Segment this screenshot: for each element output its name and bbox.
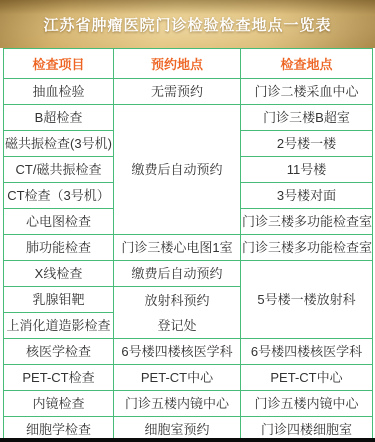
cell-location: 6号楼四楼核医学科 — [241, 339, 373, 365]
cell-location: 2号楼一楼 — [241, 131, 373, 157]
cell-item: 内镜检查 — [4, 391, 114, 417]
cell-item: 上消化道造影检查 — [4, 313, 114, 339]
cell-location: 门诊五楼内镜中心 — [241, 391, 373, 417]
cell-item: B超检查 — [4, 105, 114, 131]
column-header-item: 检查项目 — [4, 49, 114, 79]
cell-booking: 缴费后自动预约 — [114, 261, 241, 287]
cell-booking: 无需预约 — [114, 79, 241, 105]
cell-item: 核医学检查 — [4, 339, 114, 365]
table-header-row: 检查项目 预约地点 检查地点 — [4, 49, 373, 79]
cell-item: CT/磁共振检查 — [4, 157, 114, 183]
cell-booking: 门诊三楼心电图1室 — [114, 235, 241, 261]
table-row: PET-CT检查 PET-CT中心 PET-CT中心 — [4, 365, 373, 391]
cell-location: 门诊二楼采血中心 — [241, 79, 373, 105]
cell-booking-merged: 缴费后自动预约 — [114, 105, 241, 235]
booking-line-2: 登记处 — [115, 313, 239, 338]
cell-location: 门诊三楼多功能检查室 — [241, 235, 373, 261]
cell-item: X线检查 — [4, 261, 114, 287]
cell-item: 磁共振检查(3号机) — [4, 131, 114, 157]
cell-booking-merged: 放射科预约 登记处 — [114, 287, 241, 339]
column-header-booking: 预约地点 — [114, 49, 241, 79]
cell-location: PET-CT中心 — [241, 365, 373, 391]
cell-location: 11号楼 — [241, 157, 373, 183]
cell-item: 心电图检查 — [4, 209, 114, 235]
table-row: B超检查 缴费后自动预约 门诊三楼B超室 — [4, 105, 373, 131]
cell-location: 门诊三楼B超室 — [241, 105, 373, 131]
cell-item: PET-CT检查 — [4, 365, 114, 391]
cell-location: 3号楼对面 — [241, 183, 373, 209]
cell-item: 抽血检验 — [4, 79, 114, 105]
cell-booking: PET-CT中心 — [114, 365, 241, 391]
cell-item: 肺功能检查 — [4, 235, 114, 261]
cell-booking: 门诊五楼内镜中心 — [114, 391, 241, 417]
bottom-edge-bar — [0, 438, 375, 442]
table-row: 内镜检查 门诊五楼内镜中心 门诊五楼内镜中心 — [4, 391, 373, 417]
table-row: X线检查 缴费后自动预约 5号楼一楼放射科 — [4, 261, 373, 287]
exam-location-table: 检查项目 预约地点 检查地点 抽血检验 无需预约 门诊二楼采血中心 B超检查 缴… — [3, 48, 373, 442]
column-header-location: 检查地点 — [241, 49, 373, 79]
cell-location-merged: 5号楼一楼放射科 — [241, 261, 373, 339]
table-row: 肺功能检查 门诊三楼心电图1室 门诊三楼多功能检查室 — [4, 235, 373, 261]
cell-item: 乳腺钼靶 — [4, 287, 114, 313]
cell-booking: 6号楼四楼核医学科 — [114, 339, 241, 365]
page-title: 江苏省肿瘤医院门诊检验检查地点一览表 — [43, 14, 331, 35]
table-row: 核医学检查 6号楼四楼核医学科 6号楼四楼核医学科 — [4, 339, 373, 365]
cell-location: 门诊三楼多功能检查室 — [241, 209, 373, 235]
cell-item: CT检查（3号机） — [4, 183, 114, 209]
booking-line-1: 放射科预约 — [115, 288, 239, 313]
table-row: 抽血检验 无需预约 门诊二楼采血中心 — [4, 79, 373, 105]
title-banner: 江苏省肿瘤医院门诊检验检查地点一览表 — [0, 0, 375, 48]
